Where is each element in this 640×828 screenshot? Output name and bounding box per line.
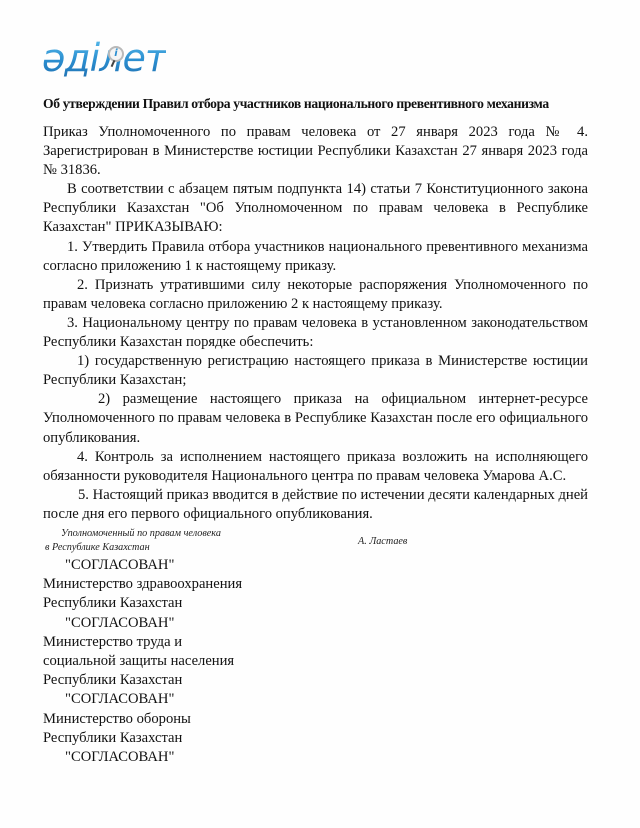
item-2: 2. Признать утратившими силу некоторые р… — [43, 276, 588, 314]
signatory-position-line2: в Республике Казахстан — [45, 541, 150, 555]
approval-stamp: "СОГЛАСОВАН" — [43, 614, 242, 633]
document-title: Об утверждении Правил отбора участников … — [43, 95, 603, 113]
approval-org-line: Министерство обороны — [43, 710, 242, 729]
approval-org-line: Министерство здравоохранения — [43, 575, 242, 594]
approval-stamp: "СОГЛАСОВАН" — [43, 690, 242, 709]
item-4: 4. Контроль за исполнением настоящего пр… — [43, 448, 588, 486]
document-body: Приказ Уполномоченного по правам человек… — [43, 123, 588, 524]
adilet-logo[interactable]: әділет i — [42, 40, 182, 84]
approval-org-line: Республики Казахстан — [43, 594, 242, 613]
item-3: 3. Национальному центру по правам челове… — [43, 314, 588, 352]
item-5: 5. Настоящий приказ вводится в действие … — [43, 486, 588, 524]
preamble-paragraph: В соответствии с абзацем пятым подпункта… — [43, 180, 588, 237]
approval-org-line: Министерство труда и — [43, 633, 242, 652]
signatory-name: А. Ластаев — [358, 535, 407, 549]
approval-org-line: социальной защиты населения — [43, 652, 242, 671]
logo-wordmark: әділет — [42, 36, 166, 80]
approvals-block: "СОГЛАСОВАН" Министерство здравоохранени… — [43, 556, 242, 767]
subitem-3-2: 2) размещение настоящего приказа на офиц… — [43, 390, 588, 447]
info-magnifier-icon: i — [108, 46, 124, 62]
header-paragraph: Приказ Уполномоченного по правам человек… — [43, 123, 588, 180]
signatory-position-line1: Уполномоченный по правам человека — [61, 527, 221, 541]
approval-org-line: Республики Казахстан — [43, 671, 242, 690]
approval-stamp: "СОГЛАСОВАН" — [43, 556, 242, 575]
approval-org-line: Республики Казахстан — [43, 729, 242, 748]
signature-block: Уполномоченный по правам человека в Респ… — [43, 527, 588, 557]
subitem-3-1: 1) государственную регистрацию настоящег… — [43, 352, 588, 390]
item-1: 1. Утвердить Правила отбора участников н… — [43, 238, 588, 276]
approval-stamp: "СОГЛАСОВАН" — [43, 748, 242, 767]
